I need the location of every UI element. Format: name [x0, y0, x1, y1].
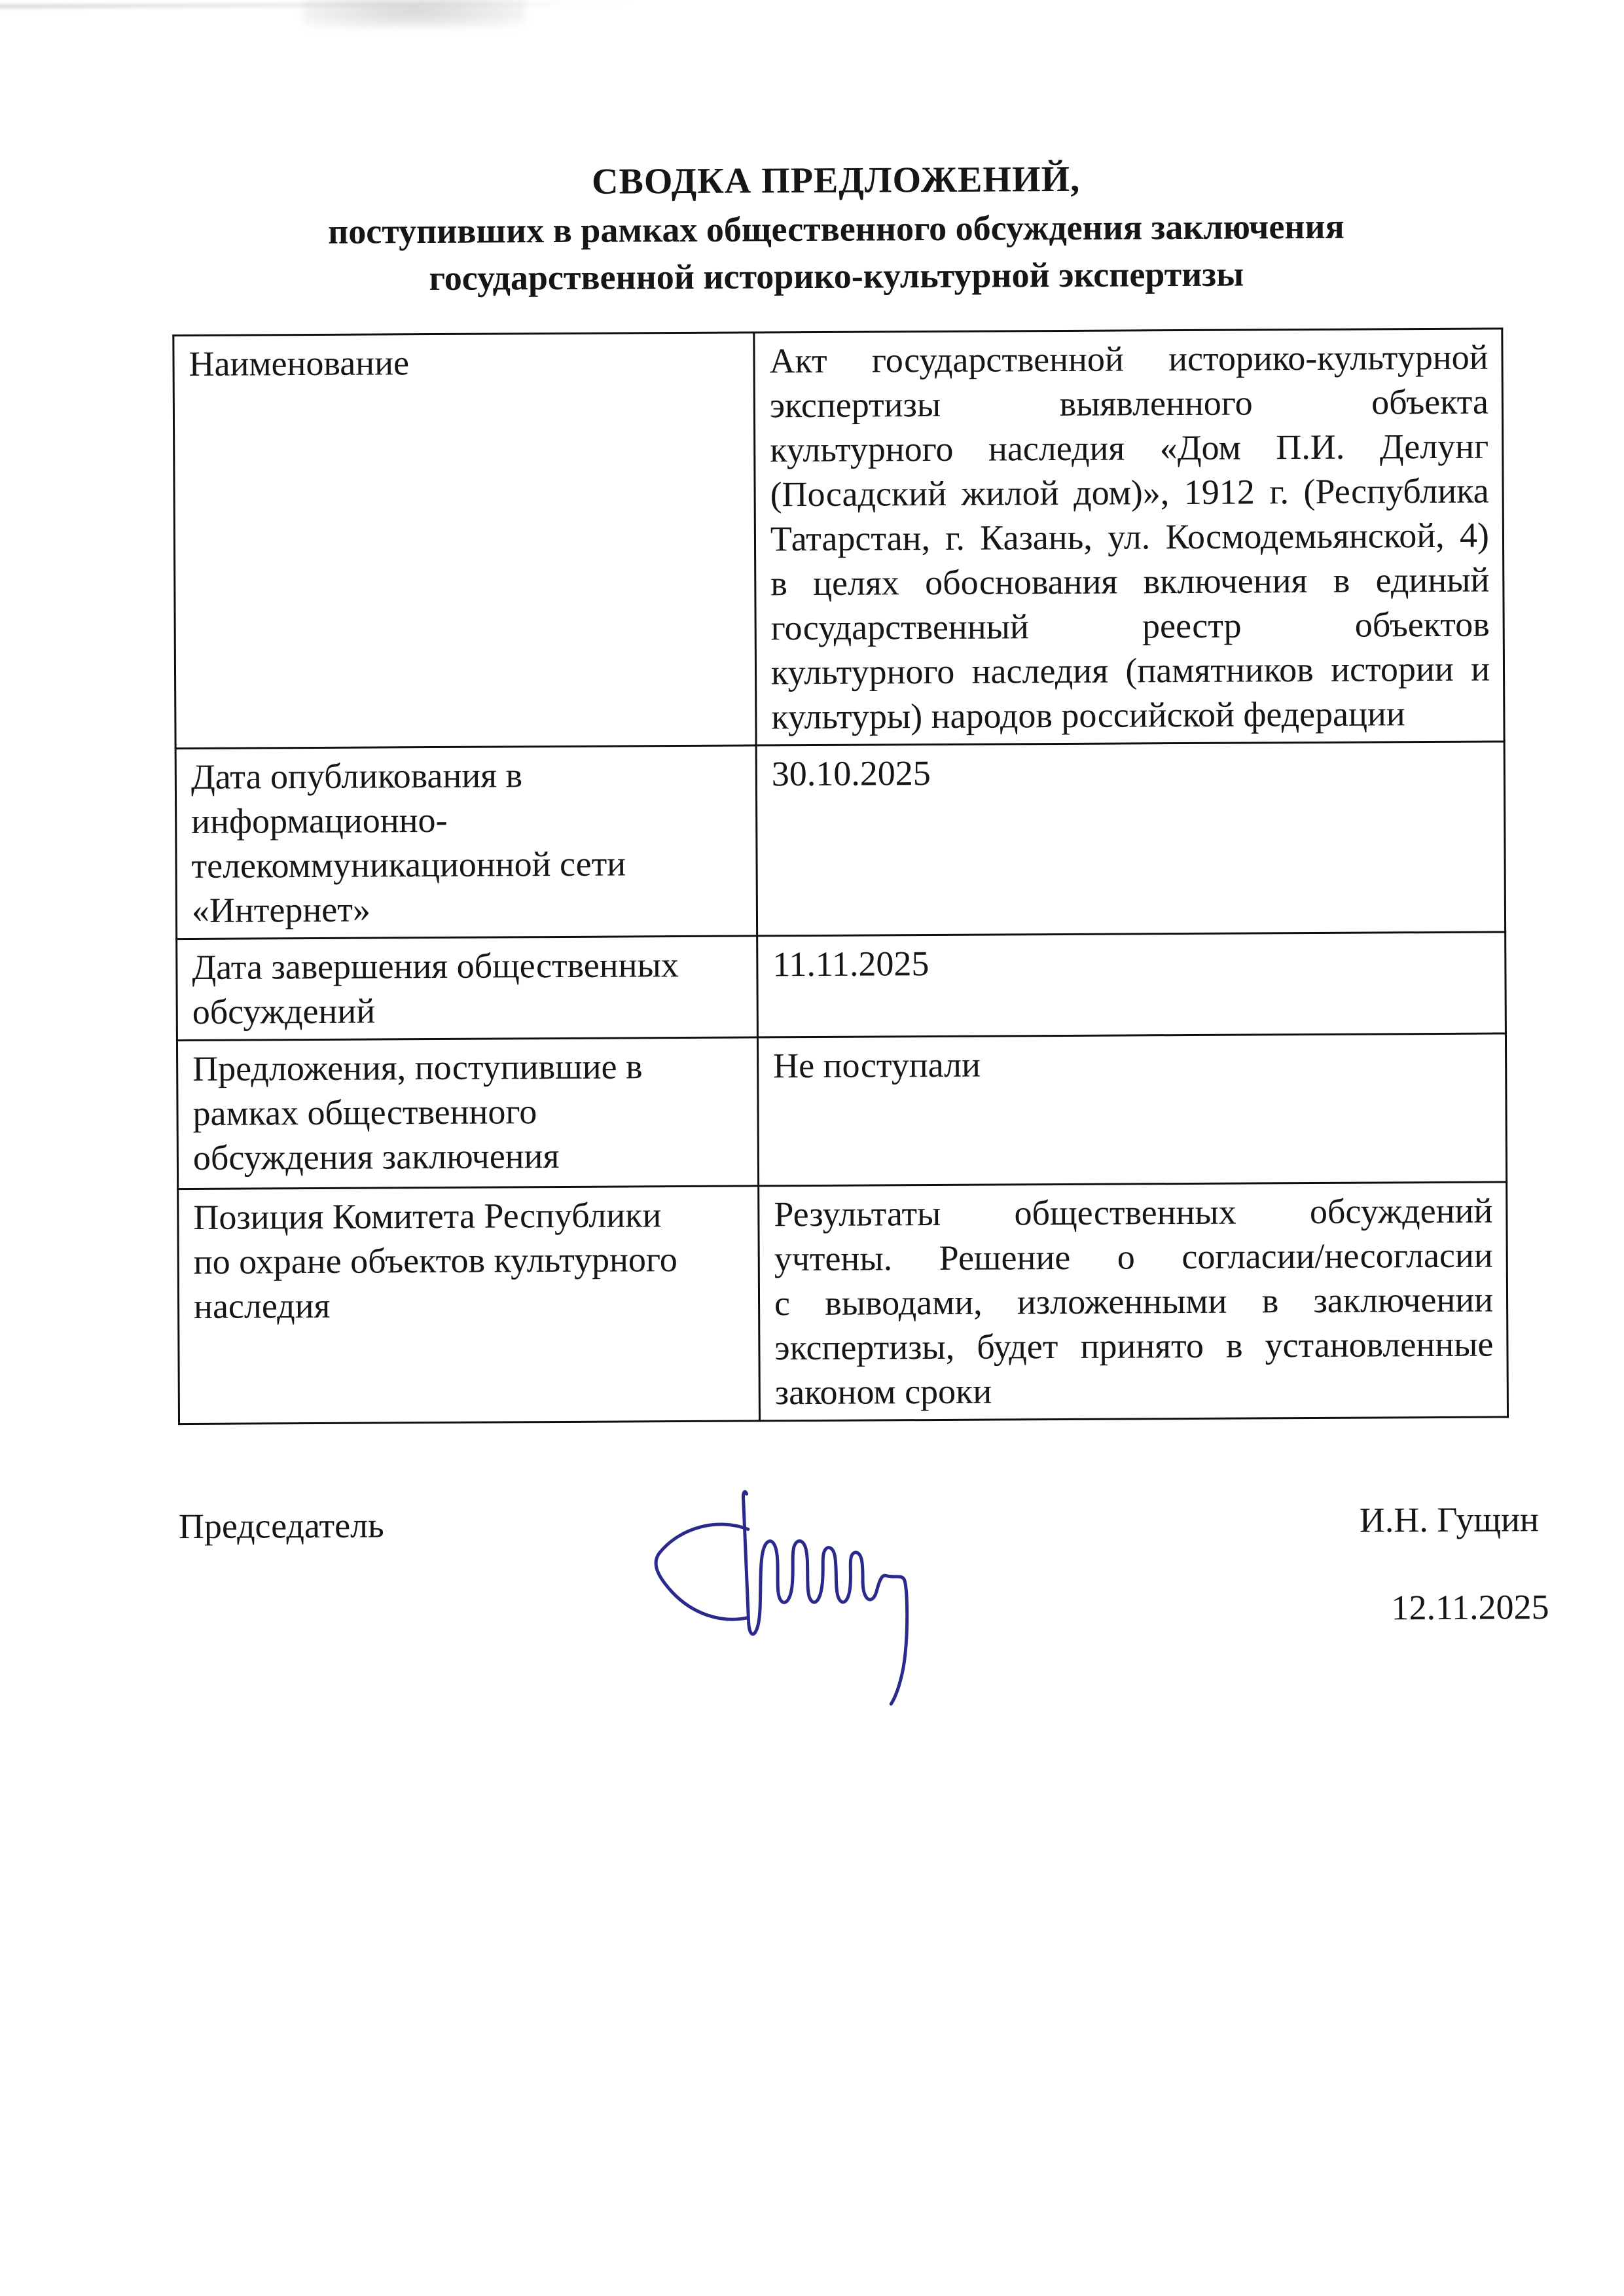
sign-date: 12.11.2025 [1391, 1587, 1549, 1628]
row-label-end-date: Дата завершения общественных обсуждений [177, 936, 758, 1041]
document-title: СВОДКА ПРЕДЛОЖЕНИЙ, поступивших в рамках… [171, 152, 1501, 303]
table-row-proposals: Предложения, поступившие в рамках общест… [177, 1033, 1506, 1189]
table-row-end-date: Дата завершения общественных обсуждений … [177, 932, 1506, 1041]
table-row-publish-date: Дата опубликования в информационно- теле… [175, 742, 1505, 939]
row-label-proposals: Предложения, поступившие в рамках общест… [177, 1037, 758, 1189]
row-value-publish-date: 30.10.2025 [756, 742, 1506, 936]
title-line-2: поступивших в рамках общественного обсуж… [171, 202, 1500, 256]
signer-name: И.Н. Гущин [1360, 1499, 1539, 1540]
row-value-name: Акт государственной историко-культурнойэ… [754, 329, 1504, 745]
table-row-committee-position: Позиция Комитета Республики по охране об… [178, 1182, 1508, 1424]
row-label-publish-date: Дата опубликования в информационно- теле… [175, 745, 757, 939]
row-value-proposals: Не поступали [757, 1033, 1506, 1186]
document-content: СВОДКА ПРЕДЛОЖЕНИЙ, поступивших в рамках… [0, 0, 1624, 2296]
signer-role-label: Председатель [179, 1505, 384, 1547]
summary-table: Наименование Акт государственной историк… [172, 327, 1509, 1425]
title-line-3: государственной историко-культурной эксп… [172, 249, 1501, 303]
scanned-document-page: СВОДКА ПРЕДЛОЖЕНИЙ, поступивших в рамках… [0, 0, 1624, 2296]
handwritten-signature [611, 1439, 1005, 1715]
row-label-committee-position: Позиция Комитета Республики по охране об… [178, 1186, 760, 1424]
title-line-1: СВОДКА ПРЕДЛОЖЕНИЙ, [171, 152, 1500, 209]
row-label-name: Наименование [173, 332, 756, 749]
signature-icon [611, 1439, 1005, 1715]
row-value-committee-position: Результаты общественных обсужденийучтены… [759, 1182, 1508, 1421]
row-value-end-date: 11.11.2025 [757, 932, 1506, 1037]
table-row-name: Наименование Акт государственной историк… [173, 329, 1504, 749]
